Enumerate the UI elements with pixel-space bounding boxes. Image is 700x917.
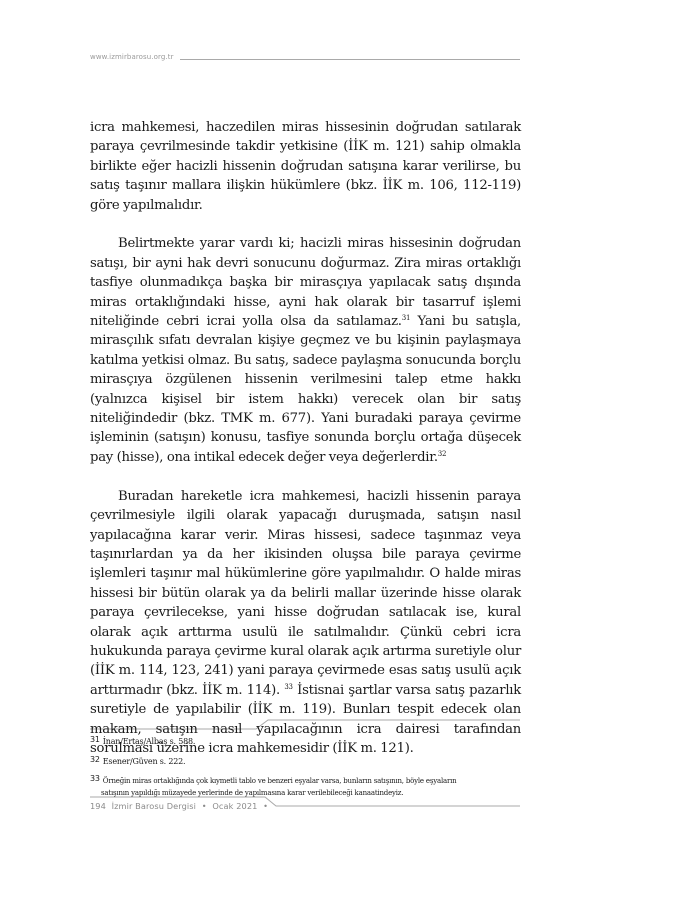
journal-name: İzmir Barosu Dergisi	[112, 801, 196, 811]
page-number: 194	[90, 801, 106, 811]
footnote-text: İnan/Ertaş/Albaş s. 588.	[103, 737, 195, 746]
paragraph-1: icra mahkemesi, haczedilen miras hissesi…	[90, 118, 521, 215]
paragraph-3: Buradan hareketle icra mahkemesi, hacizl…	[90, 487, 521, 759]
paragraph-2: Belirtmekte yarar vardı ki; hacizli mira…	[90, 234, 521, 467]
footnote-33: 33Örneğin miras ortaklığında çok kıymetl…	[90, 773, 522, 799]
footnote-32: 32Esener/Güven s. 222.	[90, 753, 522, 768]
paragraph-2-text-b: Yani bu satışla, mirasçılık sıfatı devra…	[90, 314, 521, 465]
footnote-text: Esener/Güven s. 222.	[103, 757, 186, 766]
footnotes: 31İnan/Ertaş/Albaş s. 588. 32Esener/Güve…	[90, 733, 522, 804]
footnote-text: Örneğin miras ortaklığında çok kıymetli …	[103, 777, 457, 785]
paragraph-3-text-a: Buradan hareketle icra mahkemesi, hacizl…	[90, 489, 521, 698]
paragraph-1-text: icra mahkemesi, haczedilen miras hissesi…	[90, 120, 521, 213]
article-body: icra mahkemesi, haczedilen miras hissesi…	[90, 118, 521, 778]
footnote-ref-32[interactable]: 32	[438, 450, 446, 458]
footnote-number: 31	[90, 735, 100, 744]
footnote-number: 32	[90, 755, 100, 764]
header-rule	[180, 59, 520, 60]
page-footer: 194 İzmir Barosu Dergisi • Ocak 2021 •	[90, 801, 271, 811]
footnote-ref-31[interactable]: 31	[402, 314, 410, 322]
footer-separator: •	[202, 801, 207, 811]
footnote-number: 33	[90, 774, 100, 783]
footnote-31: 31İnan/Ertaş/Albaş s. 588.	[90, 733, 522, 748]
footnote-text-continued: satışının yapıldığı müzayede yerlerinde …	[90, 787, 522, 799]
footer-trailing-bullet: •	[263, 801, 268, 811]
header-url: www.izmirbarosu.org.tr	[90, 53, 174, 61]
footnote-ref-33[interactable]: 33	[284, 683, 292, 691]
issue-date: Ocak 2021	[212, 801, 257, 811]
